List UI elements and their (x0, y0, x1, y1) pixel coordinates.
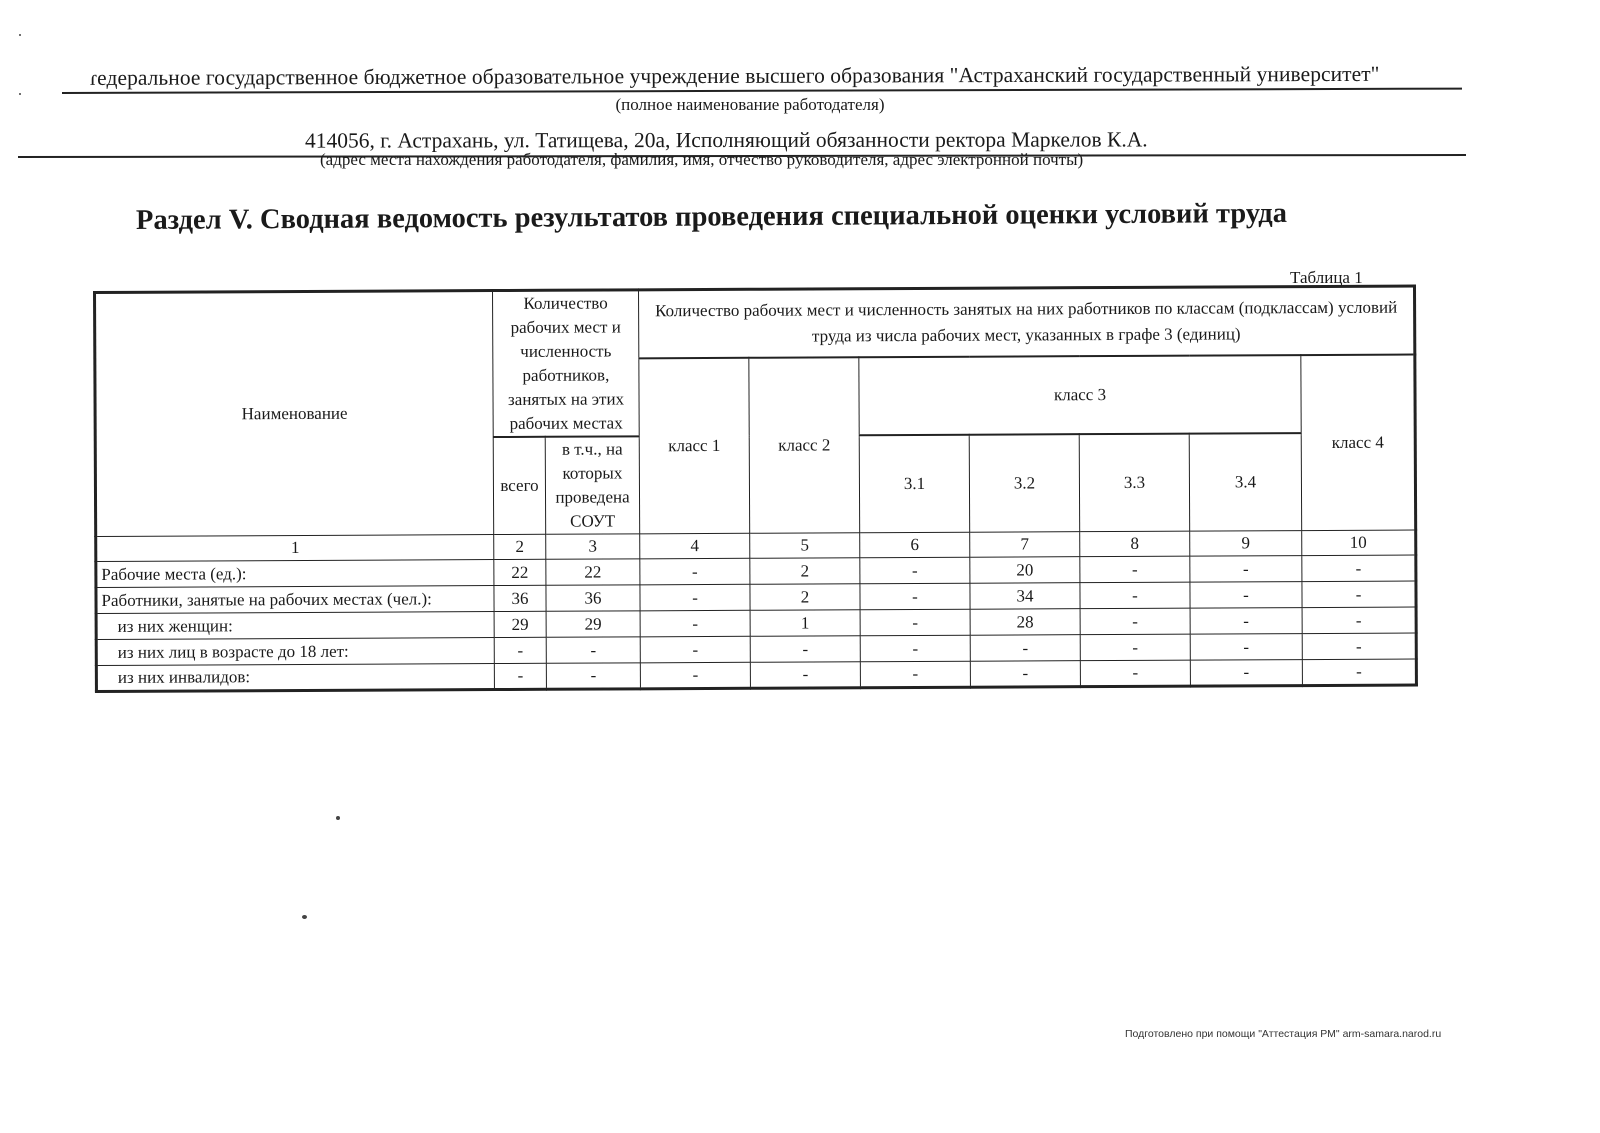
cell: 34 (970, 583, 1080, 610)
header-sub34: 3.4 (1189, 433, 1301, 531)
cell: - (640, 662, 750, 689)
header-class3: класс 3 (859, 355, 1301, 436)
section-title: Раздел V. Сводная ведомость результатов … (136, 198, 1287, 237)
header-total: всего (493, 437, 545, 535)
cell: - (860, 609, 970, 636)
employer-caption: (полное наименование работодателя) (0, 95, 1500, 115)
col-num: 4 (640, 533, 750, 559)
col-num: 6 (860, 532, 970, 558)
header-sout-done: в т.ч., на которых проведена СОУТ (545, 436, 639, 534)
col-num: 2 (494, 534, 546, 559)
scan-speck (302, 915, 307, 919)
cell: - (1190, 660, 1302, 687)
cell: - (1080, 660, 1190, 687)
cell: - (494, 663, 546, 689)
cell: 2 (750, 584, 860, 611)
col-num: 3 (546, 534, 640, 559)
footer-note: Подготовлено при помощи "Аттестация РМ" … (1125, 1028, 1441, 1040)
cell: - (640, 584, 750, 611)
cell: - (640, 558, 750, 585)
cell: - (1080, 634, 1190, 661)
header-sub32: 3.2 (969, 434, 1079, 532)
cell: 22 (546, 559, 640, 585)
header-class1: класс 1 (639, 357, 750, 534)
cell: - (640, 610, 750, 637)
employer-name: ɾедеральное государственное бюджетное об… (90, 62, 1380, 91)
cell: - (860, 661, 970, 688)
cell: 36 (494, 585, 546, 611)
cell: - (860, 583, 970, 610)
summary-table-container: Наименование Количество рабочих мест и ч… (93, 285, 1418, 693)
cell: - (860, 635, 970, 662)
cell: 29 (546, 611, 640, 637)
cell: - (1302, 607, 1416, 634)
scan-speck (336, 816, 340, 820)
cell: - (1080, 582, 1190, 609)
cell: - (1190, 634, 1302, 661)
header-workplaces-group: Количество рабочих мест и численность ра… (493, 290, 640, 437)
cell: - (1302, 555, 1416, 582)
cell: - (970, 661, 1080, 688)
header-class4: класс 4 (1301, 354, 1416, 531)
col-num: 8 (1080, 531, 1190, 557)
cell: - (1080, 556, 1190, 583)
cell: - (494, 637, 546, 663)
cell: - (1190, 582, 1302, 609)
cell: 1 (750, 610, 860, 637)
col-num: 7 (970, 532, 1080, 558)
cell: - (750, 662, 860, 689)
cell: 22 (494, 559, 546, 585)
col-num: 5 (750, 533, 860, 559)
header-classes-group: Количество рабочих мест и численность за… (639, 286, 1415, 358)
cell: 2 (750, 558, 860, 585)
address-caption: (адрес места нахождения работодателя, фа… (320, 150, 1083, 170)
scan-speck (19, 34, 21, 36)
col-num: 10 (1302, 530, 1416, 556)
row-label: Рабочие места (ед.): (96, 560, 494, 588)
cell: 29 (494, 611, 546, 637)
row-label: из них инвалидов: (96, 664, 494, 692)
cell: - (750, 636, 860, 663)
cell: - (1302, 659, 1416, 686)
row-label: из них лиц в возрасте до 18 лет: (96, 638, 494, 666)
cell: 28 (970, 609, 1080, 636)
cell: - (970, 635, 1080, 662)
employer-name-line: ɾедеральное государственное бюджетное об… (62, 58, 1462, 94)
cell: - (1302, 581, 1416, 608)
cell: - (1302, 633, 1416, 660)
row-label: Работники, занятые на рабочих местах (че… (96, 586, 494, 614)
row-label: из них женщин: (96, 612, 494, 640)
cell: - (546, 637, 640, 663)
header-name: Наименование (95, 291, 494, 537)
scan-speck (19, 93, 21, 95)
cell: - (640, 636, 750, 663)
cell: - (546, 663, 640, 689)
header-sub33: 3.3 (1079, 434, 1189, 532)
header-sub31: 3.1 (859, 435, 969, 533)
header-class2: класс 2 (749, 357, 860, 534)
cell: 20 (970, 557, 1080, 584)
col-num: 1 (96, 535, 494, 562)
cell: - (860, 557, 970, 584)
col-num: 9 (1190, 531, 1302, 557)
cell: - (1080, 608, 1190, 635)
cell: - (1190, 608, 1302, 635)
summary-table: Наименование Количество рабочих мест и ч… (93, 285, 1418, 693)
table-row: из них инвалидов: - - - - - - - - - (96, 659, 1416, 691)
cell: - (1190, 556, 1302, 583)
cell: 36 (546, 585, 640, 611)
